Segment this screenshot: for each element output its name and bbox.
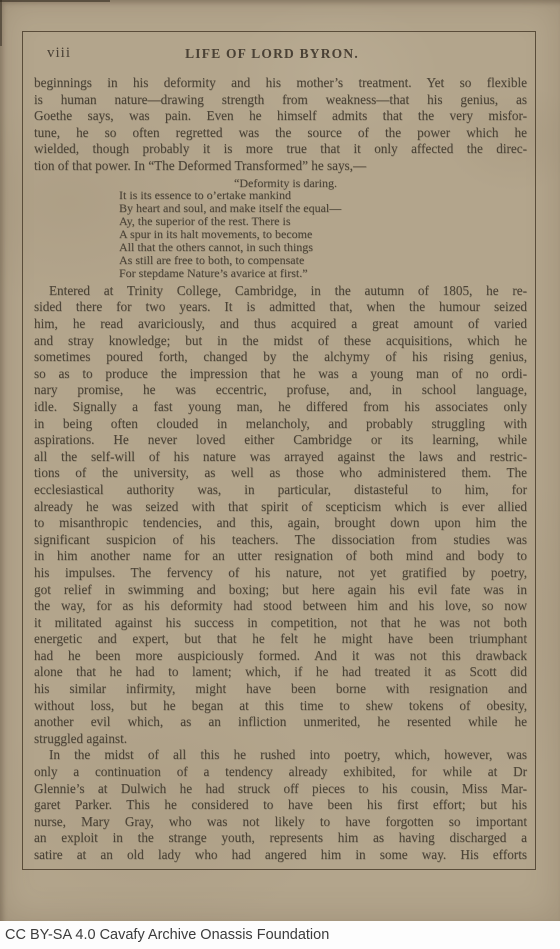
text-line: him, he read avariciously, and thus acqu… [34,316,527,333]
scanned-book-page: viii LIFE OF LORD BYRON. beginnings in h… [0,0,560,949]
text-line: wielded, though probably it is more true… [34,141,527,158]
text-line: it militated against his success in comp… [34,615,527,632]
paragraph: beginnings in his deformity and his moth… [34,75,527,175]
text-line: so as to produce the impression that he … [34,366,527,383]
text-line: aspirations. He never loved either Cambr… [34,432,527,449]
text-line: struggled against. [34,731,527,748]
text-line: his similar infirmity, might have been b… [34,681,527,698]
scan-edge-artifact-top [0,0,110,2]
text-line: tions of the university, as well as thos… [34,465,527,482]
text-line: nary promise, he was eccentric, profuse,… [34,382,527,399]
text-line: Glennie’s at Dulwich he had struck off p… [34,781,527,798]
text-line: ecclesiastical authority was, in particu… [34,482,527,499]
text-line: beginnings in his deformity and his moth… [34,75,527,92]
text-line: sometimes poured forth, changed by the a… [34,349,527,366]
text-line: energetic and expert, but that he felt h… [34,631,527,648]
text-line: alone that he had to lament; which, if h… [34,664,527,681]
text-line: in being often clouded in melancholy, an… [34,416,527,433]
text-line: satire at an old lady who had angered hi… [34,847,527,864]
text-line: another evil which, as an infliction unm… [34,714,527,731]
page-frame: viii LIFE OF LORD BYRON. beginnings in h… [22,31,536,870]
text-line: an exploit in the strange youth, represe… [34,830,527,847]
text-line: sided there for two years. It is admitte… [34,299,527,316]
running-title: LIFE OF LORD BYRON. [23,46,521,62]
paper-scan: viii LIFE OF LORD BYRON. beginnings in h… [0,0,560,921]
text-line: tune, he so often regretted was the sour… [34,125,527,142]
text-line: is human nature—drawing strength from we… [34,92,527,109]
verse-line: As still are free to both, to compensate [119,254,527,267]
page-header: viii LIFE OF LORD BYRON. [23,45,535,62]
paragraph: Entered at Trinity College, Cambridge, i… [34,283,527,748]
text-line: already he was seized with that spirit o… [34,499,527,516]
text-line: his impulses. The fervency of his nature… [34,565,527,582]
text-line: idle. Signally a fast young man, he diff… [34,399,527,416]
text-line: the way, for as his deformity had stood … [34,598,527,615]
verse-quote: “Deformity is daring.It is its essence t… [119,177,527,280]
license-bar: CC BY-SA 4.0 Cavafy Archive Onassis Foun… [0,921,560,949]
text-line: Entered at Trinity College, Cambridge, i… [34,283,527,300]
text-line: without loss, but he began at this time … [34,698,527,715]
text-line: only a continuation of a tendency alread… [34,764,527,781]
verse-line: For stepdame Nature’s avarice at first.” [119,267,527,280]
text-line: to misanthropic tendencies, and this, ag… [34,515,527,532]
text-line: nurse, Mary Gray, who was not likely to … [34,814,527,831]
paragraph: In the midst of all this he rushed into … [34,747,527,863]
text-line: in him another name for an utter resigna… [34,548,527,565]
scan-edge-artifact-left [0,0,2,46]
text-line: significant suspicion of his teachers. T… [34,532,527,549]
text-line: got relief in swimming and boxing; but h… [34,582,527,599]
text-line: In the midst of all this he rushed into … [34,747,527,764]
text-body: beginnings in his deformity and his moth… [23,62,535,864]
text-line: and stray knowledge; but in the midst of… [34,333,527,350]
license-text: CC BY-SA 4.0 Cavafy Archive Onassis Foun… [5,927,329,943]
text-line: Goethe says, was pain. Even he himself a… [34,108,527,125]
text-line: garet Parker. This he considered to have… [34,797,527,814]
text-line: all the self-will of his nature was arra… [34,449,527,466]
text-line: tion of that power. In “The Deformed Tra… [34,158,527,175]
text-line: had he been more auspiciously formed. An… [34,648,527,665]
